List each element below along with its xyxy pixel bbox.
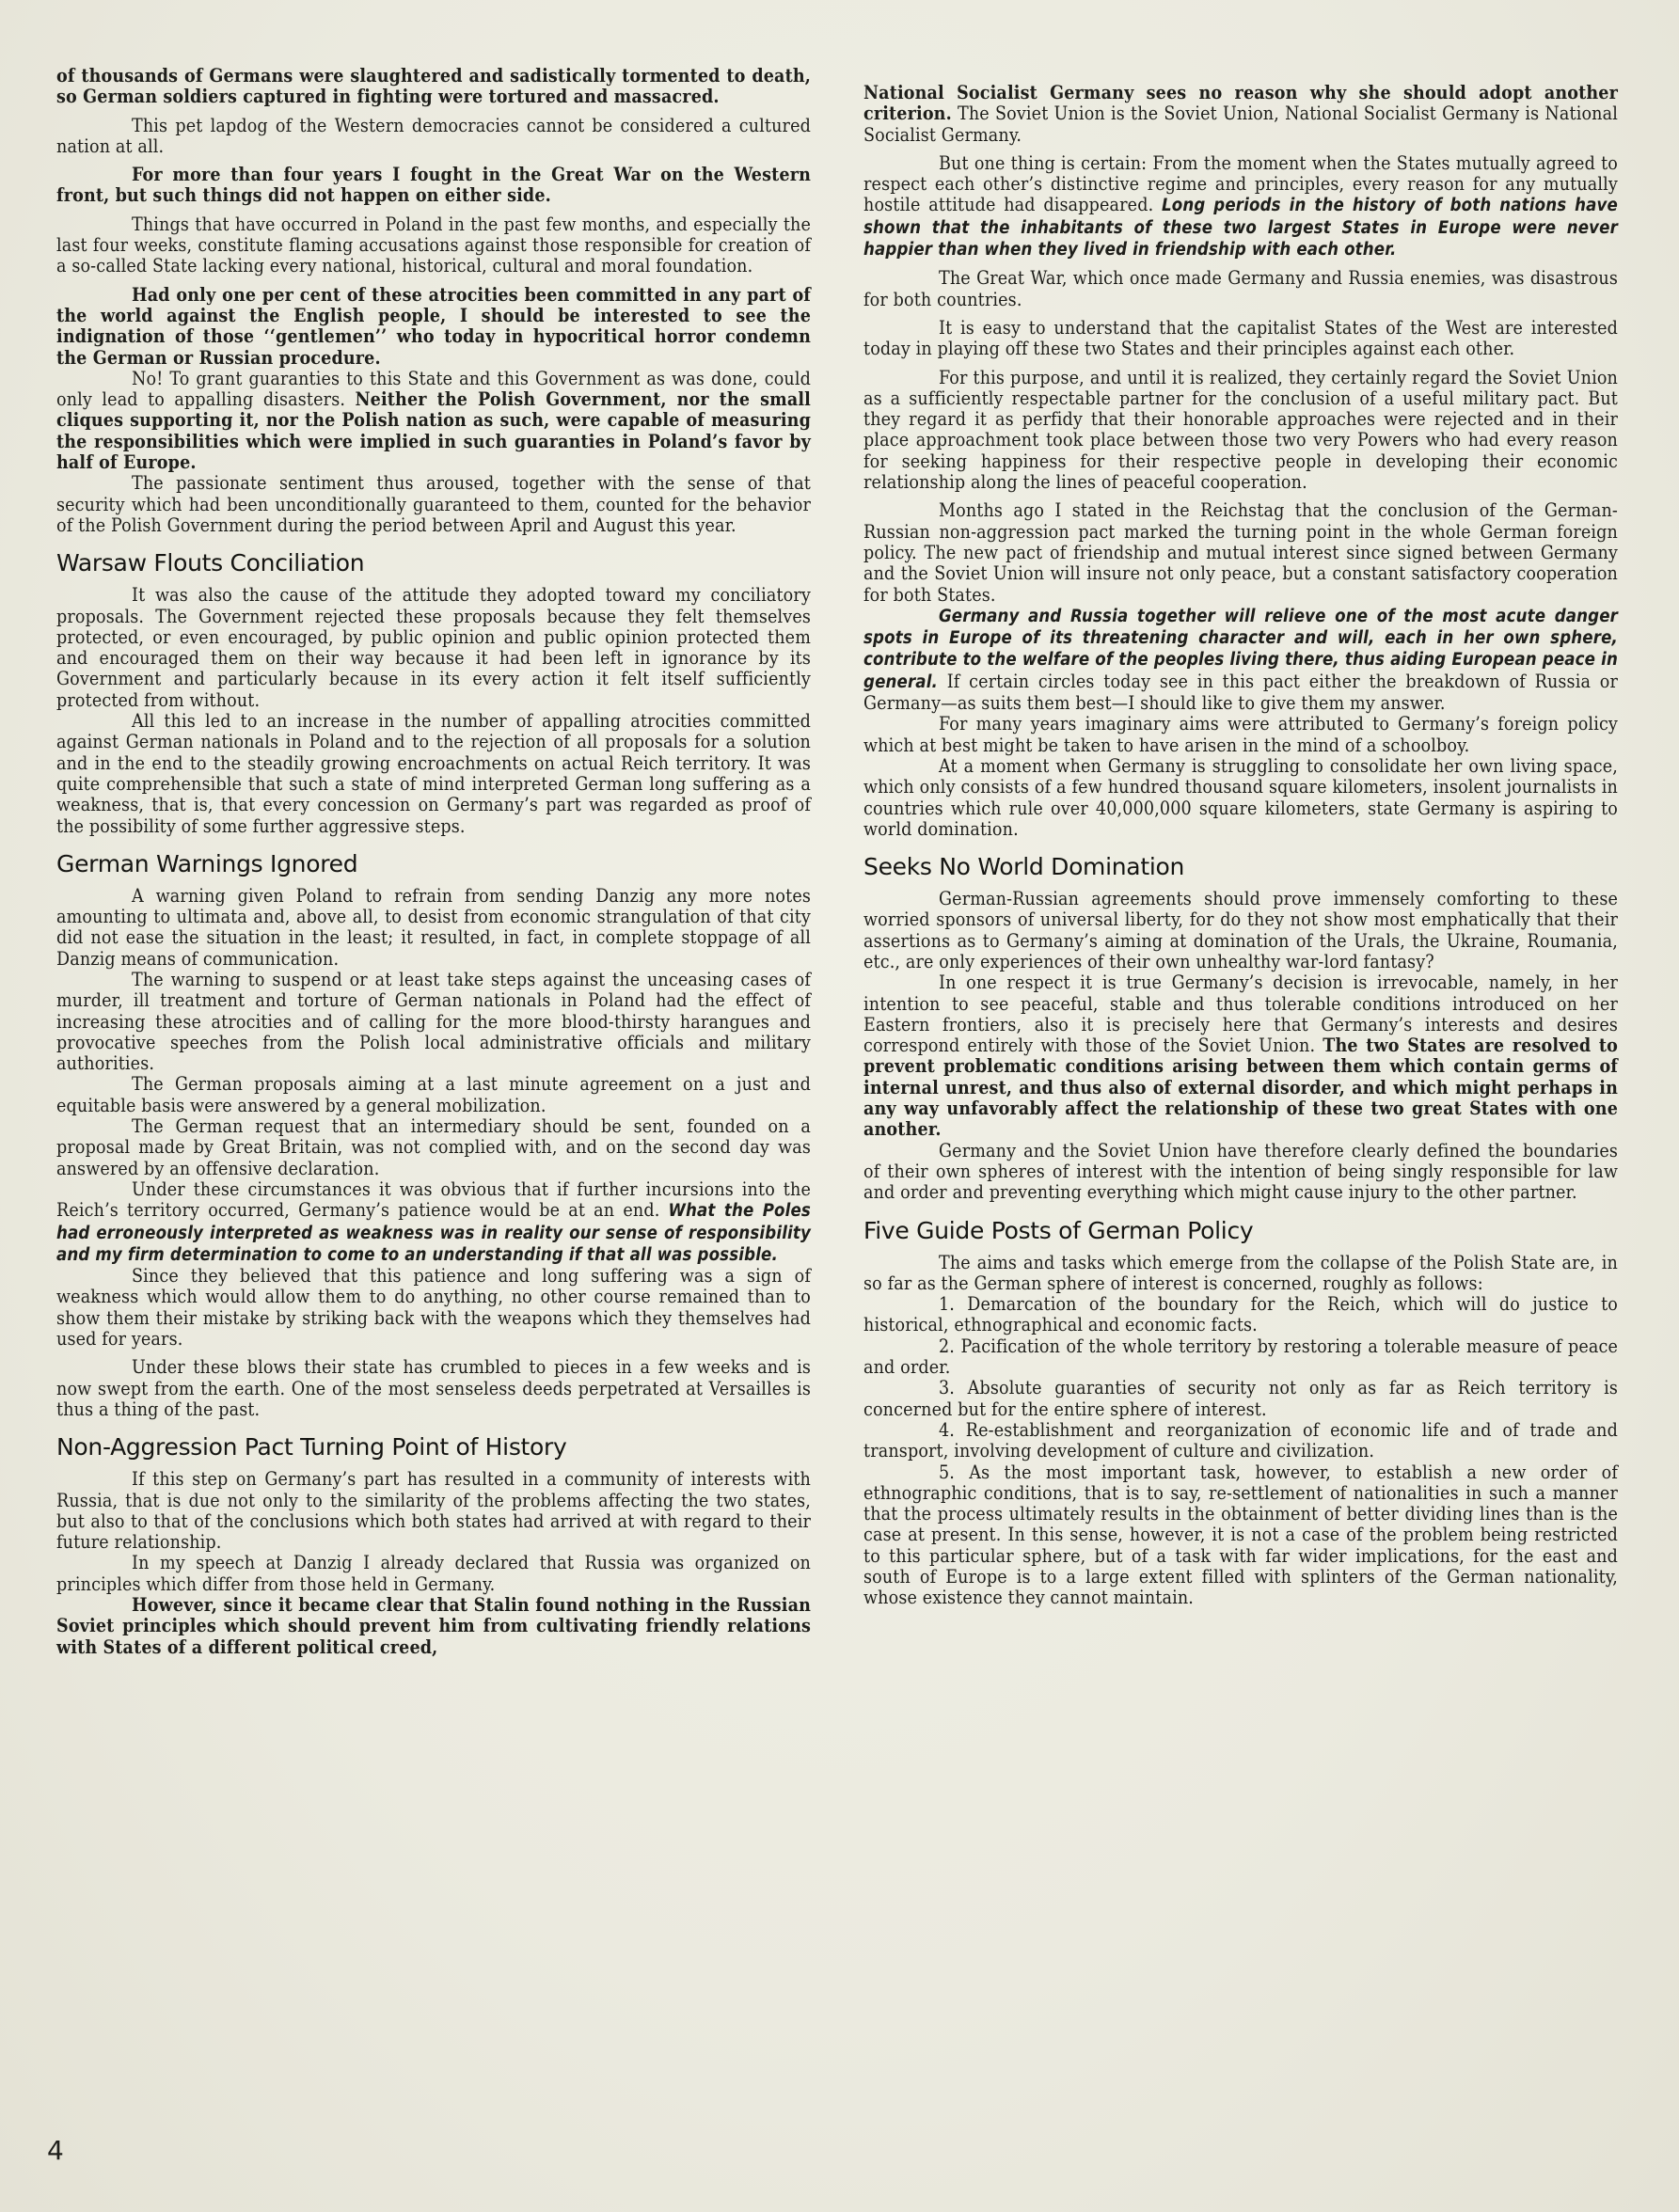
guide-posts-list: 1. Demarcation of the boundary for the R… [863,1294,1618,1608]
paragraph: If this step on Germany’s part has resul… [56,1469,811,1553]
paragraph: The Great War, which once made Germany a… [863,268,1618,310]
paragraph: The German request that an intermediary … [56,1116,811,1179]
document-page: of thousands of Germans were slaughtered… [0,0,1679,2212]
section-heading: Five Guide Posts of German Policy [863,1217,1618,1245]
paragraph: In one respect it is true Germany’s deci… [863,972,1618,1140]
paragraph: All this led to an increase in the numbe… [56,711,811,837]
paragraph: No! To grant guaranties to this State an… [56,369,811,473]
bold-text: For more than four years I fought in the… [56,164,811,206]
bold-text: However, since it became clear that Stal… [56,1594,811,1658]
section-heading: Warsaw Flouts Conciliation [56,549,811,577]
section-heading: German Warnings Ignored [56,850,811,878]
page-number: 4 [47,2135,64,2166]
plain-text: If certain circles today see in this pac… [863,671,1618,714]
paragraph: At a moment when Germany is struggling t… [863,756,1618,840]
paragraph: The warning to suspend or at least take … [56,970,811,1074]
paragraph: But one thing is certain: From the momen… [863,153,1618,261]
paragraph: Germany and Russia together will relieve… [863,606,1618,714]
paragraph: Under these circumstances it was obvious… [56,1179,811,1266]
paragraph: Months ago I stated in the Reichstag tha… [863,500,1618,605]
paragraph: However, since it became clear that Stal… [56,1595,811,1658]
paragraph: For many years imaginary aims were attri… [863,714,1618,756]
paragraph: Under these blows their state has crumbl… [56,1357,811,1420]
paragraph: A warning given Poland to refrain from s… [56,886,811,970]
list-item: 1. Demarcation of the boundary for the R… [863,1294,1618,1336]
paragraph: It is easy to understand that the capita… [863,318,1618,360]
section-heading: Seeks No World Domination [863,853,1618,881]
bold-text: Had only one per cent of these atrocitie… [56,284,811,369]
paragraph: Since they believed that this patience a… [56,1266,811,1350]
paragraph: Had only one per cent of these atrocitie… [56,285,811,369]
list-item: 3. Absolute guaranties of security not o… [863,1378,1618,1420]
paragraph: For more than four years I fought in the… [56,165,811,207]
right-column: National Socialist Germany sees no reaso… [863,83,1618,1609]
paragraph: For this purpose, and until it is realiz… [863,368,1618,494]
section-heading: Non-Aggression Pact Turning Point of His… [56,1433,811,1461]
list-item: 4. Re-establishment and reorganization o… [863,1420,1618,1462]
plain-text: The Soviet Union is the Soviet Union, Na… [863,103,1618,145]
paragraph: The aims and tasks which emerge from the… [863,1253,1618,1295]
paragraph: Things that have occurred in Poland in t… [56,214,811,277]
list-item: 5. As the most important task, however, … [863,1462,1618,1609]
paragraph: of thousands of Germans were slaughtered… [56,66,811,108]
bold-text: of thousands of Germans were slaughtered… [56,65,811,107]
list-item: 2. Pacification of the whole territory b… [863,1336,1618,1379]
paragraph: National Socialist Germany sees no reaso… [863,83,1618,146]
left-column: of thousands of Germans were slaughtered… [56,66,811,1658]
paragraph: German-Russian agreements should prove i… [863,889,1618,972]
paragraph: Germany and the Soviet Union have theref… [863,1141,1618,1204]
paragraph: The passionate sentiment thus aroused, t… [56,473,811,536]
paragraph: It was also the cause of the attitude th… [56,585,811,711]
paragraph: The German proposals aiming at a last mi… [56,1074,811,1116]
paragraph: In my speech at Danzig I already declare… [56,1553,811,1595]
paragraph: This pet lapdog of the Western democraci… [56,116,811,158]
